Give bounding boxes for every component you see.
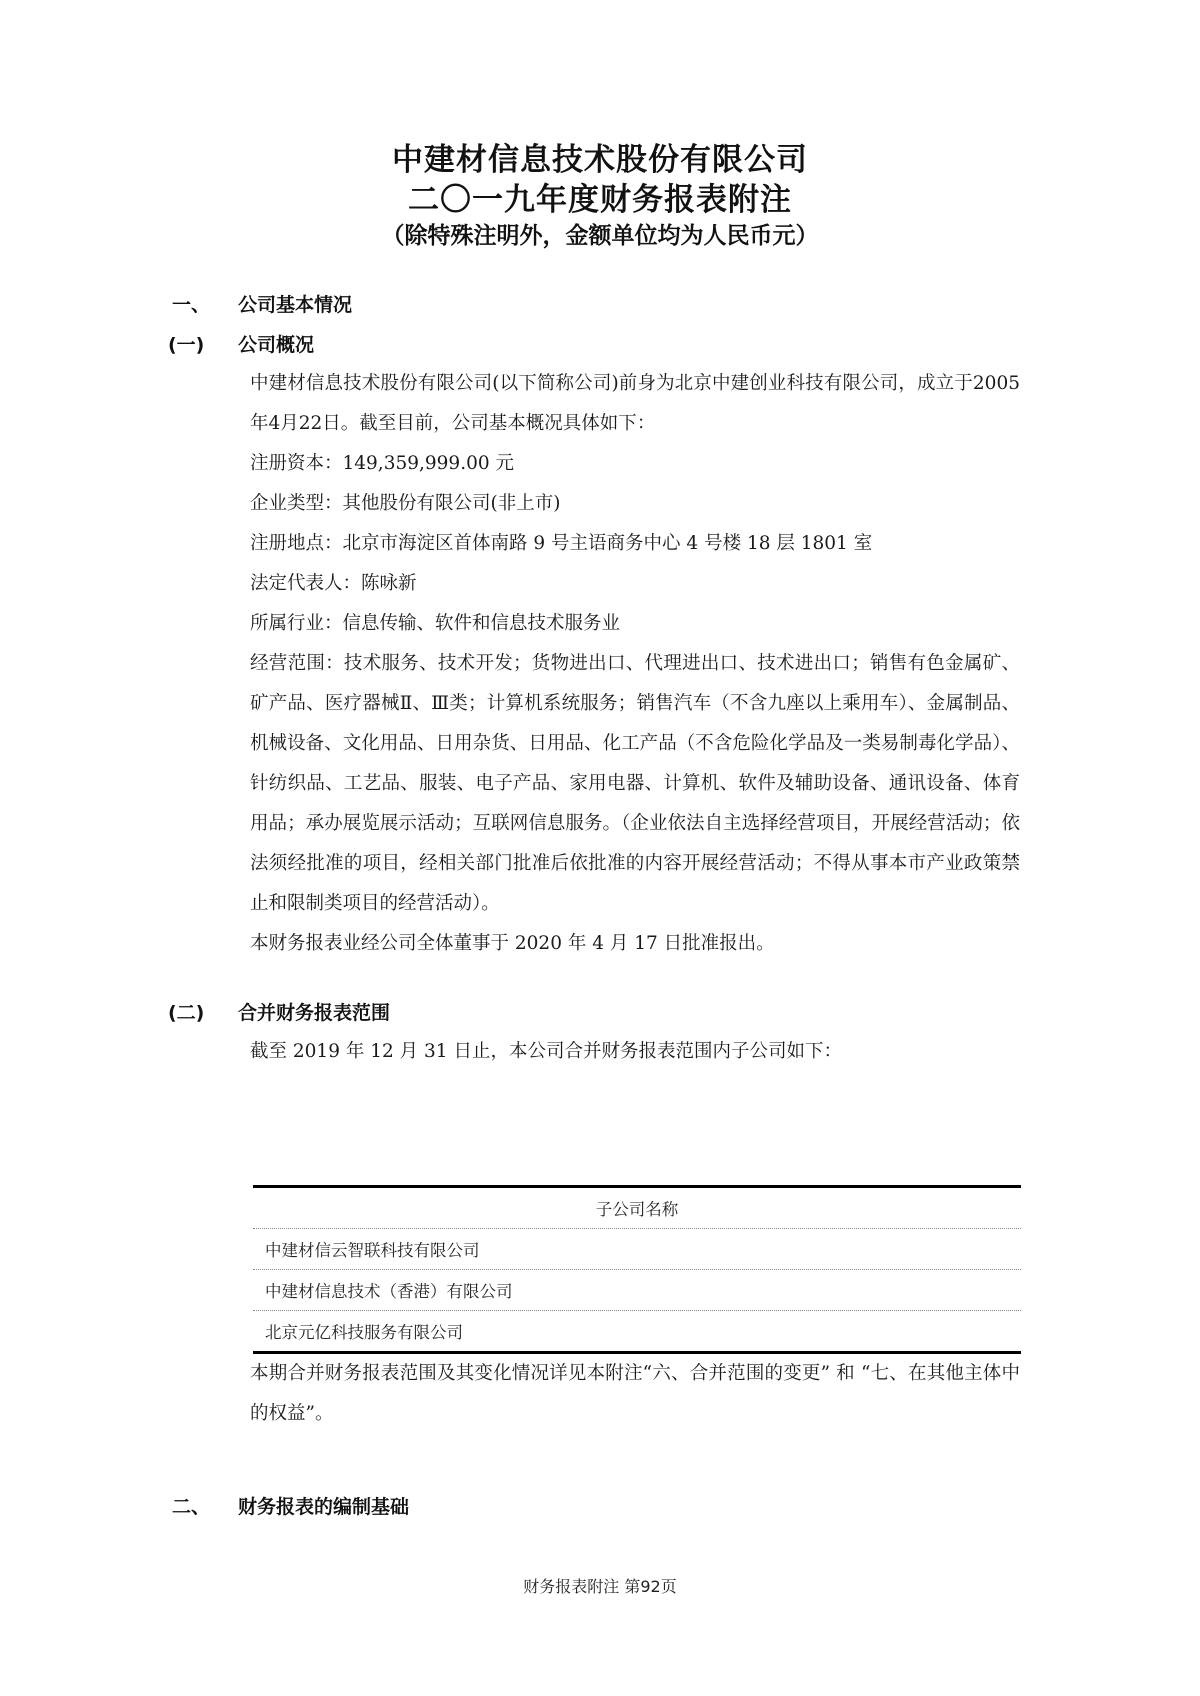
report-title: 二〇一九年度财务报表附注 xyxy=(0,180,1200,220)
subsidiary-name: 中建材信云智联科技有限公司 xyxy=(253,1237,480,1261)
subsection-number: (一) xyxy=(168,332,204,358)
consolidation-note: 本期合并财务报表范围及其变化情况详见本附注“六、合并范围的变更” 和 “七、在其… xyxy=(250,1354,1020,1434)
registered-capital: 注册资本：149,359,999.00 元 xyxy=(250,444,1020,484)
company-name-title: 中建材信息技术股份有限公司 xyxy=(0,140,1200,180)
registered-address: 注册地点：北京市海淀区首体南路 9 号主语商务中心 4 号楼 18 层 1801… xyxy=(250,524,1020,564)
consolidation-note-block: 本期合并财务报表范围及其变化情况详见本附注“六、合并范围的变更” 和 “七、在其… xyxy=(250,1354,1020,1434)
table-header: 子公司名称 xyxy=(253,1188,1021,1229)
subsection-number: (二) xyxy=(168,1000,204,1026)
business-scope: 经营范围：技术服务、技术开发；货物进出口、代理进出口、技术进出口；销售有色金属矿… xyxy=(250,644,1020,924)
table-row: 中建材信息技术（香港）有限公司 xyxy=(253,1270,1021,1311)
section-title: 公司基本情况 xyxy=(238,292,352,318)
consolidation-intro-block: 截至 2019 年 12 月 31 日止，本公司合并财务报表范围内子公司如下： xyxy=(250,1032,1020,1072)
page-footer: 财务报表附注 第92页 xyxy=(0,1574,1200,1597)
column-header-subsidiary-name: 子公司名称 xyxy=(596,1196,679,1220)
legal-representative: 法定代表人：陈咏新 xyxy=(250,564,1020,604)
subsection-title: 公司概况 xyxy=(238,332,314,358)
section-number: 一、 xyxy=(172,292,210,318)
section-number: 二、 xyxy=(172,1494,210,1520)
currency-note: （除特殊注明外，金额单位均为人民币元） xyxy=(0,220,1200,252)
company-overview: 中建材信息技术股份有限公司(以下简称公司)前身为北京中建创业科技有限公司，成立于… xyxy=(250,364,1020,964)
document-title-block: 中建材信息技术股份有限公司 二〇一九年度财务报表附注 （除特殊注明外，金额单位均… xyxy=(0,140,1200,252)
overview-intro: 中建材信息技术股份有限公司(以下简称公司)前身为北京中建创业科技有限公司，成立于… xyxy=(250,364,1020,444)
section-title: 财务报表的编制基础 xyxy=(238,1494,409,1520)
industry: 所属行业：信息传输、软件和信息技术服务业 xyxy=(250,604,1020,644)
subsidiaries-table: 子公司名称 中建材信云智联科技有限公司 中建材信息技术（香港）有限公司 北京元亿… xyxy=(253,1185,1021,1354)
subsection-title: 合并财务报表范围 xyxy=(238,1000,390,1026)
approval-statement: 本财务报表业经公司全体董事于 2020 年 4 月 17 日批准报出。 xyxy=(250,924,1020,964)
consolidation-intro: 截至 2019 年 12 月 31 日止，本公司合并财务报表范围内子公司如下： xyxy=(250,1032,1020,1072)
table-row: 北京元亿科技服务有限公司 xyxy=(253,1311,1021,1351)
subsidiary-name: 中建材信息技术（香港）有限公司 xyxy=(253,1278,513,1302)
subsidiary-name: 北京元亿科技服务有限公司 xyxy=(253,1319,463,1343)
enterprise-type: 企业类型：其他股份有限公司(非上市) xyxy=(250,484,1020,524)
document-page: 中建材信息技术股份有限公司 二〇一九年度财务报表附注 （除特殊注明外，金额单位均… xyxy=(0,0,1200,1696)
table-row: 中建材信云智联科技有限公司 xyxy=(253,1229,1021,1270)
